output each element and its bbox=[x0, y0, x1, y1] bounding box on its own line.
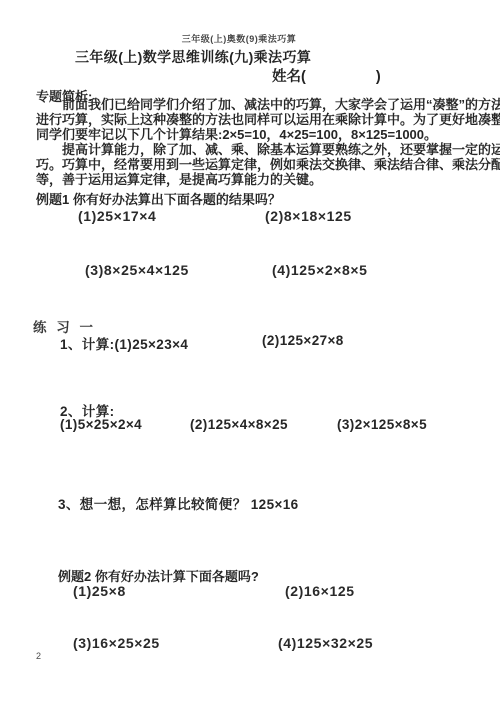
example1-problem-1: (1)25×17×4 bbox=[78, 208, 156, 224]
paragraph-line: 等，善于运用运算定律，是提高巧算能力的关键。 bbox=[36, 173, 476, 188]
practice-question-1: 1、计算:(1)25×23×4 bbox=[60, 333, 188, 353]
practice-question-2-item-1: (1)5×25×2×4 bbox=[60, 417, 142, 432]
example1-problem-4: (4)125×2×8×5 bbox=[272, 262, 368, 278]
name-field: 姓名( ) bbox=[272, 65, 381, 86]
paragraph-line: 巧。巧算中，经常要用到一些运算定律，例如乘法交换律、乘法结合律、乘法分配律等 bbox=[36, 158, 476, 173]
practice-question-2-item-2: (2)125×4×8×25 bbox=[190, 417, 288, 432]
paragraph-line: 同学们要牢记以下几个计算结果:2×5=10，4×25=100，8×125=100… bbox=[36, 128, 476, 143]
paragraph-line: 进行巧算，实际上这种凑整的方法也同样可以运用在乘除计算中。为了更好地凑整， bbox=[36, 113, 476, 128]
example2-problem-4: (4)125×32×25 bbox=[278, 635, 373, 651]
paragraph-line: 提高计算能力，除了加、减、乘、除基本运算要熟练之外，还要掌握一定的运算技 bbox=[36, 143, 476, 158]
analysis-paragraph-1: 前面我们已给同学们介绍了加、减法中的巧算，大家学会了运用“凑整”的方法 进行巧算… bbox=[36, 98, 476, 142]
analysis-paragraph-2: 提高计算能力，除了加、减、乘、除基本运算要熟练之外，还要掌握一定的运算技 巧。巧… bbox=[36, 143, 476, 187]
example1-heading: 例题1 你有好办法算出下面各题的结果吗？ bbox=[36, 189, 281, 208]
worksheet-page: 三年级(上)奥数(9)乘法巧算 三年级(上)数学思维训练(九)乘法巧算 姓名( … bbox=[0, 0, 500, 708]
running-header: 三年级(上)奥数(9)乘法巧算 bbox=[0, 32, 478, 45]
example2-problem-2: (2)16×125 bbox=[285, 583, 355, 599]
example1-problem-2: (2)8×18×125 bbox=[265, 208, 352, 224]
example2-problem-3: (3)16×25×25 bbox=[73, 635, 160, 651]
name-label: 姓名( bbox=[272, 69, 306, 85]
name-paren-close: ) bbox=[376, 69, 381, 85]
practice-question-3: 3、想一想，怎样算比较简便？ 125×16 bbox=[58, 493, 299, 513]
example2-problem-1: (1)25×8 bbox=[73, 583, 126, 599]
example1-problem-3: (3)8×25×4×125 bbox=[85, 262, 189, 278]
doc-title: 三年级(上)数学思维训练(九)乘法巧算 bbox=[75, 47, 311, 67]
practice-question-1-item-2: (2)125×27×8 bbox=[262, 333, 344, 348]
practice-question-2-item-3: (3)2×125×8×5 bbox=[337, 417, 427, 432]
paragraph-line: 前面我们已给同学们介绍了加、减法中的巧算，大家学会了运用“凑整”的方法 bbox=[36, 98, 476, 113]
page-number: 2 bbox=[36, 651, 41, 661]
